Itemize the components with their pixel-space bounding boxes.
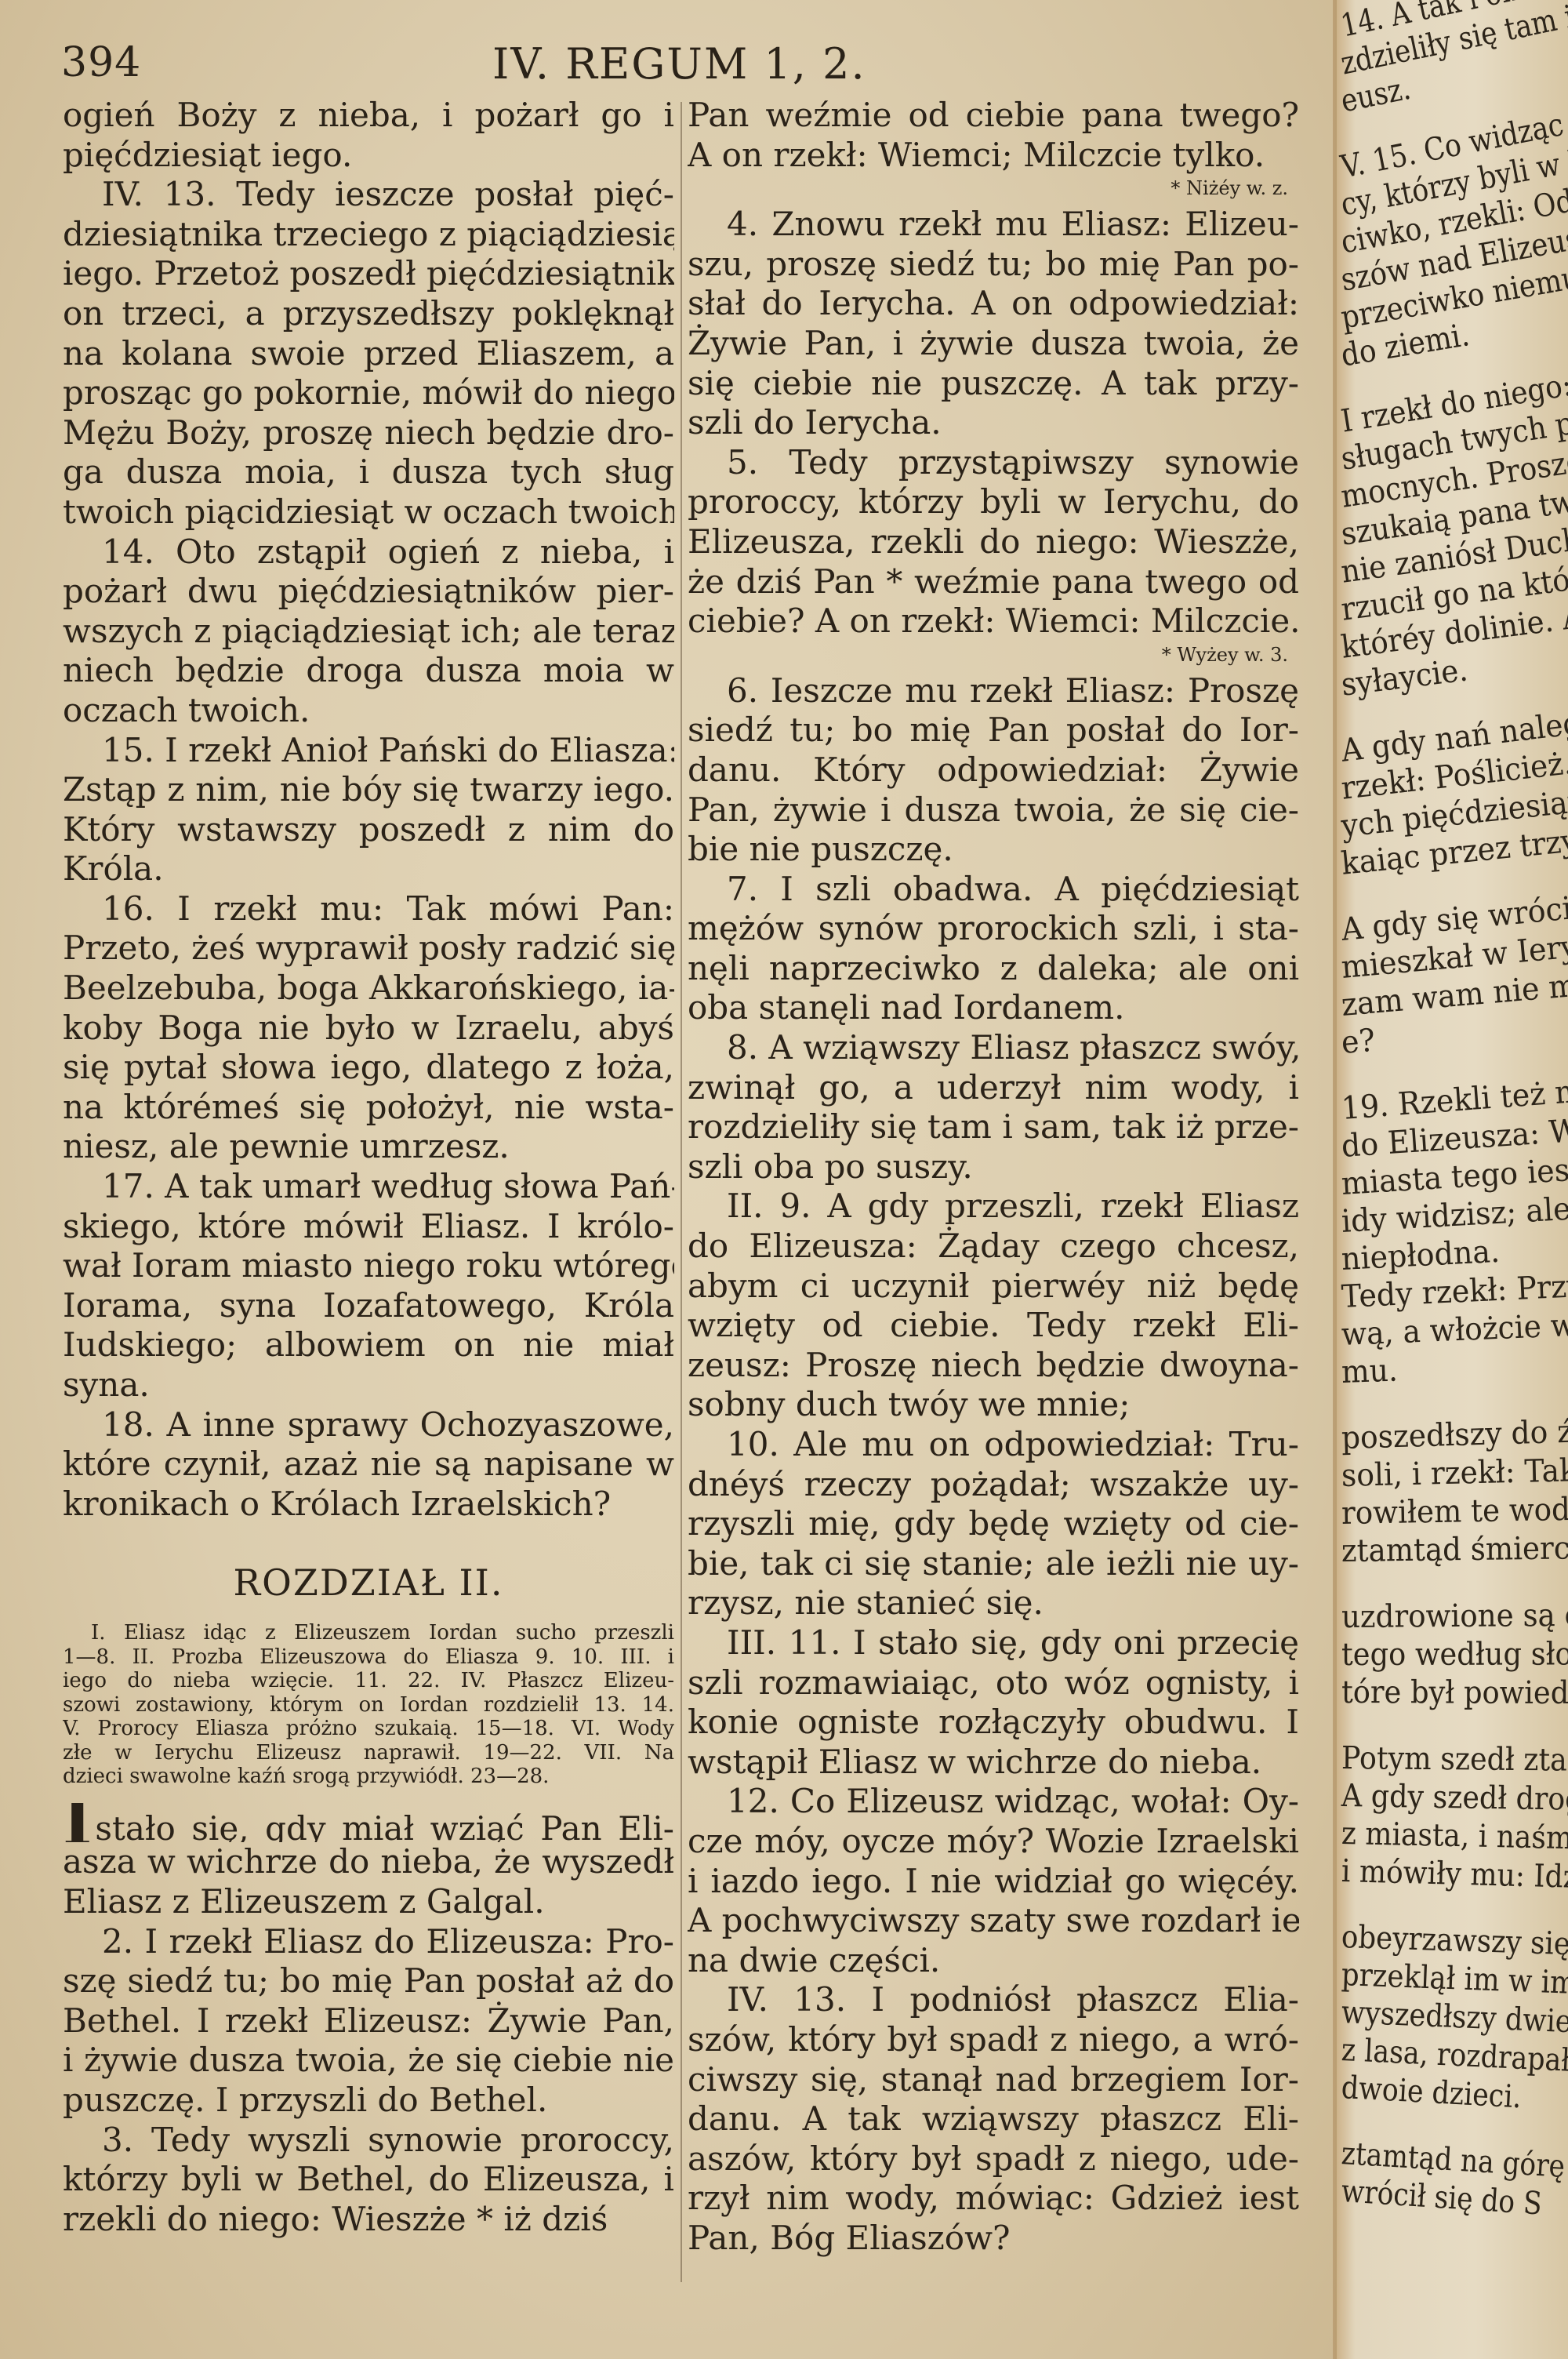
text-line: aszów, który był spadł z niego, ude- <box>688 2139 1299 2179</box>
text-line: na którémeś się położył, nie wsta- <box>63 1088 674 1128</box>
text-line: i żywie dusza twoia, że się ciebie nie <box>63 2041 674 2081</box>
spacer <box>63 1789 674 1803</box>
text-line: wstąpił Eliasz w wichrze do nieba. <box>688 1743 1299 1783</box>
text-line: Iorama, syna Iozafatowego, Króla <box>63 1286 674 1326</box>
next-page-line: uzdrowione są one wod <box>1341 1597 1552 1636</box>
text-line: danu. Który odpowiedział: Żywie <box>688 751 1299 791</box>
text-line: Mężu Boży, proszę niech będzie dro- <box>63 413 674 453</box>
text-line: dnéyś rzeczy pożądał; wszakże uy- <box>688 1465 1299 1505</box>
text-line: asza w wichrze do nieba, że wyszedł <box>63 1842 674 1882</box>
text-line: się pytał słowa iego, dlatego z łoża, <box>63 1048 674 1088</box>
text-line: 8. A wziąwszy Eliasz płaszcz swóy, <box>688 1028 1299 1068</box>
next-page-line: A gdy szedł drogą, dziec <box>1341 1777 1548 1818</box>
text-line: stało się, gdy miał wziąć Pan Eli- <box>95 1809 674 1843</box>
text-line: szli oba po suszy. <box>688 1147 1299 1187</box>
chapter-summary: I. Eliasz idąc z Elizeuszem Iordan sucho… <box>63 1621 674 1789</box>
text-line: abym ci uczynił pierwéy niż będę <box>688 1267 1299 1307</box>
text-line: Pan, żywie i dusza twoia, że się cie- <box>688 791 1299 831</box>
text-line: Króla. <box>63 849 674 889</box>
column-divider <box>681 102 682 2282</box>
text-line: Który wstawszy poszedł z nim do <box>63 810 674 850</box>
book-page: 394 IV. REGUM 1, 2. ogień Boży z nieba, … <box>0 0 1333 2359</box>
text-line: 10. Ale mu on odpowiedział: Tru- <box>688 1425 1299 1465</box>
summary-line: I. Eliasz idąc z Elizeuszem Iordan sucho… <box>63 1621 674 1645</box>
text-line: A on rzekł: Wiemci; Milczcie tylko. <box>688 136 1299 176</box>
next-page-line: rowiłem te wody; nie <box>1341 1491 1553 1532</box>
text-line: Pan weźmie od ciebie pana twego? <box>688 96 1299 136</box>
text-line: ogień Boży z nieba, i pożarł go i <box>63 96 674 136</box>
text-line: koby Boga nie było w Izraelu, abyś <box>63 1009 674 1049</box>
drop-cap: I <box>63 1803 92 1843</box>
text-line: szu, proszę siedź tu; bo mię Pan po- <box>688 245 1299 285</box>
text-line: którzy byli w Bethel, do Elizeusza, i <box>63 2160 674 2200</box>
text-line: rzyszli mię, gdy będę wzięty od cie- <box>688 1504 1299 1544</box>
text-line: rzysz, nie stanieć się. <box>688 1583 1299 1623</box>
footnote-1: * Niżéy w. z. <box>688 175 1299 205</box>
text-line: pięćdziesiąt iego. <box>63 136 674 176</box>
text-line: puszczę. I przyszli do Bethel. <box>63 2081 674 2121</box>
text-line: na dwie części. <box>688 1941 1299 1981</box>
text-line: danu. A tak wziąwszy płaszcz Eli- <box>688 2099 1299 2139</box>
text-line: pożarł dwu pięćdziesiątników pier- <box>63 572 674 612</box>
summary-line: iego do nieba wzięcie. 11. 22. IV. Płasz… <box>63 1669 674 1693</box>
text-line: IV. 13. Tedy ieszcze posłał pięć- <box>63 175 674 215</box>
text-line: bie, tak ci się stanie; ale ieżli nie uy… <box>688 1544 1299 1584</box>
next-page-line: tóre był powiedział. <box>1341 1674 1550 1712</box>
text-line: on trzeci, a przyszedłszy poklęknął <box>63 294 674 334</box>
left-column: ogień Boży z nieba, i pożarł go ipięćdzi… <box>63 96 674 2239</box>
next-page-line: i mówiły mu: Idźże łysy, <box>1341 1852 1545 1896</box>
text-line: oba stanęli nad Iordanem. <box>688 988 1299 1028</box>
text-line: Przeto, żeś wyprawił posły radzić się <box>63 929 674 969</box>
text-line: wszych z piąciądziesiąt ich; ale teraz <box>63 612 674 652</box>
text-line: Zstąp z nim, nie bóy się twarzy iego. <box>63 770 674 810</box>
text-line: szli rozmawiaiąc, oto wóz ognisty, i <box>688 1663 1299 1703</box>
text-line: rzył nim wody, mówiąc: Gdzież iest <box>688 2179 1299 2219</box>
summary-line: złe w Ierychu Elizeusz naprawił. 19—22. … <box>63 1741 674 1765</box>
text-line: szli do Ierycha. <box>688 403 1299 443</box>
text-line: II. 9. A gdy przeszli, rzekł Eliasz <box>688 1187 1299 1227</box>
text-line: zeusz: Proszę niech będzie dwoyna- <box>688 1346 1299 1386</box>
text-line-dropcap: Istało się, gdy miał wziąć Pan Eli- <box>63 1803 674 1843</box>
text-line: ciwszy się, stanął nad brzegiem Ior- <box>688 2060 1299 2100</box>
text-line: nęli naprzeciwko z daleka; ale oni <box>688 949 1299 989</box>
running-title: IV. REGUM 1, 2. <box>492 39 866 89</box>
text-line: III. 11. I stało się, gdy oni przecię <box>688 1623 1299 1663</box>
text-line: 2. I rzekł Eliasz do Elizeusza: Pro- <box>63 1922 674 1962</box>
text-line: 18. A inne sprawy Ochozyaszowe, <box>63 1405 674 1445</box>
text-line: i iazdo iego. I nie widział go więcéy. <box>688 1862 1299 1902</box>
text-line: 16. I rzekł mu: Tak mówi Pan: <box>63 889 674 929</box>
page-number: 394 <box>61 39 141 86</box>
next-page-line: ztamtąd śmierci, ani n <box>1341 1530 1552 1570</box>
text-line: 5. Tedy przystąpiwszy synowie <box>688 443 1299 483</box>
text-line: oczach twoich. <box>63 691 674 731</box>
text-line: 17. A tak umarł według słowa Pań- <box>63 1167 674 1207</box>
text-line: Żywie Pan, i żywie dusza twoia, że <box>688 324 1299 364</box>
text-line: proroccy, którzy byli w Ierychu, do <box>688 482 1299 522</box>
text-line: wał Ioram miasto niego roku wtórego <box>63 1246 674 1286</box>
text-line: które czynił, azaż nie są napisane w <box>63 1445 674 1485</box>
text-line: 6. Ieszcze mu rzekł Eliasz: Proszę <box>688 671 1299 711</box>
text-line: 15. I rzekł Anioł Pański do Eliasza: <box>63 731 674 771</box>
summary-line: dzieci swawolne kaźń srogą przywiódł. 23… <box>63 1765 674 1789</box>
text-line: A pochwyciwszy szaty swe rozdarł ie <box>688 1901 1299 1941</box>
summary-line: 1—8. II. Prozba Elizeuszowa do Eliasza 9… <box>63 1645 674 1670</box>
text-line: wzięty od ciebie. Tedy rzekł Eli- <box>688 1306 1299 1346</box>
next-page-fragment: 14. A tak i on uderzyłzdzieliły się tam … <box>1337 0 1568 2359</box>
right-text-block-3: 6. Ieszcze mu rzekł Eliasz: Proszęsiedź … <box>688 671 1299 2259</box>
page-header: 394 IV. REGUM 1, 2. <box>61 39 1292 102</box>
text-line: 4. Znowu rzekł mu Eliasz: Elizeu- <box>688 205 1299 245</box>
text-line: siedź tu; bo mię Pan posłał do Ior- <box>688 711 1299 751</box>
text-line: że dziś Pan * weźmie pana twego od <box>688 562 1299 602</box>
text-line: dziesiątnika trzeciego z piąciądziesiąt <box>63 215 674 255</box>
text-line: Beelzebuba, boga Akkarońskiego, ia- <box>63 969 674 1009</box>
text-line: 12. Co Elizeusz widząc, wołał: Oy- <box>688 1782 1299 1822</box>
text-line: mężów synów prorockich szli, i sta- <box>688 909 1299 949</box>
summary-line: szowi zostawiony, którym on Iordan rozdz… <box>63 1693 674 1717</box>
text-line: Bethel. I rzekł Elizeusz: Żywie Pan, <box>63 2001 674 2041</box>
text-line: rzekli do niego: Wieszże * iż dziś <box>63 2200 674 2240</box>
text-line: do Elizeusza: Żąday czego chcesz, <box>688 1227 1299 1267</box>
text-line: konie ogniste rozłączyły obudwu. I <box>688 1703 1299 1743</box>
next-page-line: obeyrzawszy się, uyrzał <box>1341 1918 1544 1962</box>
text-line: szę siedź tu; bo mię Pan posłał aż do <box>63 1961 674 2001</box>
text-line: Eliasz z Elizeuszem z Galgal. <box>63 1882 674 1922</box>
text-line: szów, który był spadł z niego, a wró- <box>688 2020 1299 2060</box>
text-line: Pan, Bóg Eliaszów? <box>688 2219 1299 2259</box>
text-line: cze móy, oycze móy? Wozie Izraelski <box>688 1822 1299 1862</box>
next-page-line: soli, i rzekł: Tak mó <box>1341 1452 1555 1495</box>
text-line: niesz, ale pewnie umrzesz. <box>63 1127 674 1167</box>
left-text-block-2: asza w wichrze do nieba, że wyszedłElias… <box>63 1842 674 2239</box>
left-text-block-1: ogień Boży z nieba, i pożarł go ipięćdzi… <box>63 96 674 1524</box>
text-line: się ciebie nie puszczę. A tak przy- <box>688 364 1299 404</box>
text-line: ga dusza moia, i dusza tych sług <box>63 453 674 493</box>
text-line: niech będzie droga dusza moia w <box>63 651 674 691</box>
text-line: rozdzieliły się tam i sam, tak iż prze- <box>688 1107 1299 1147</box>
next-page-line: Potym szedł ztamtąd d <box>1341 1739 1548 1779</box>
next-page-line: poszedłszy do źrzódła w <box>1341 1413 1555 1457</box>
text-line: Iudskiego; albowiem on nie miał <box>63 1325 674 1365</box>
text-line: zwinął go, a uderzył nim wody, i <box>688 1068 1299 1108</box>
text-line: bie nie puszczę. <box>688 830 1299 870</box>
next-page-line: z miasta, i naśmiewały <box>1341 1815 1545 1856</box>
text-line: 7. I szli obadwa. A pięćdziesiąt <box>688 870 1299 910</box>
spacer <box>1341 1711 1568 1739</box>
text-line: sobny duch twóy we mnie; <box>688 1385 1299 1425</box>
text-line: IV. 13. I podniósł płaszcz Elia- <box>688 1980 1299 2020</box>
text-line: na kolana swoie przed Eliaszem, a <box>63 334 674 374</box>
next-page-text: 14. A tak i on uderzyłzdzieliły się tam … <box>1337 0 1568 2210</box>
next-page-line: mu. <box>1341 1347 1555 1391</box>
right-text-block-2: 4. Znowu rzekł mu Eliasz: Elizeu-szu, pr… <box>688 205 1299 642</box>
spacer <box>1341 1570 1568 1598</box>
next-page-line: tego według słowa Elize <box>1341 1636 1550 1674</box>
text-line: skiego, które mówił Eliasz. I królo- <box>63 1207 674 1247</box>
text-line: syna. <box>63 1365 674 1405</box>
right-column: Pan weźmie od ciebie pana twego?A on rze… <box>688 96 1299 2258</box>
text-line: 3. Tedy wyszli synowie proroccy, <box>63 2121 674 2161</box>
text-line: 14. Oto zstąpił ogień z nieba, i <box>63 533 674 572</box>
text-line: Elizeusza, rzekli do niego: Wieszże, <box>688 522 1299 562</box>
text-line: kronikach o Królach Izraelskich? <box>63 1485 674 1525</box>
text-line: słał do Ierycha. A on odpowiedział: <box>688 284 1299 324</box>
footnote-2: * Wyżey w. 3. <box>688 642 1299 671</box>
text-line: prosząc go pokornie, mówił do niego: <box>63 373 674 413</box>
text-line: ciebie? A on rzekł: Wiemci: Milczcie. <box>688 602 1299 642</box>
text-line: iego. Przetoż poszedł pięćdziesiątnik <box>63 254 674 294</box>
right-text-block-1: Pan weźmie od ciebie pana twego?A on rze… <box>688 96 1299 175</box>
text-line: twoich piącidziesiąt w oczach twoich; <box>63 493 674 533</box>
summary-line: V. Prorocy Eliasza próżno szukaią. 15—18… <box>63 1717 674 1741</box>
chapter-title: ROZDZIAŁ II. <box>63 1555 674 1610</box>
